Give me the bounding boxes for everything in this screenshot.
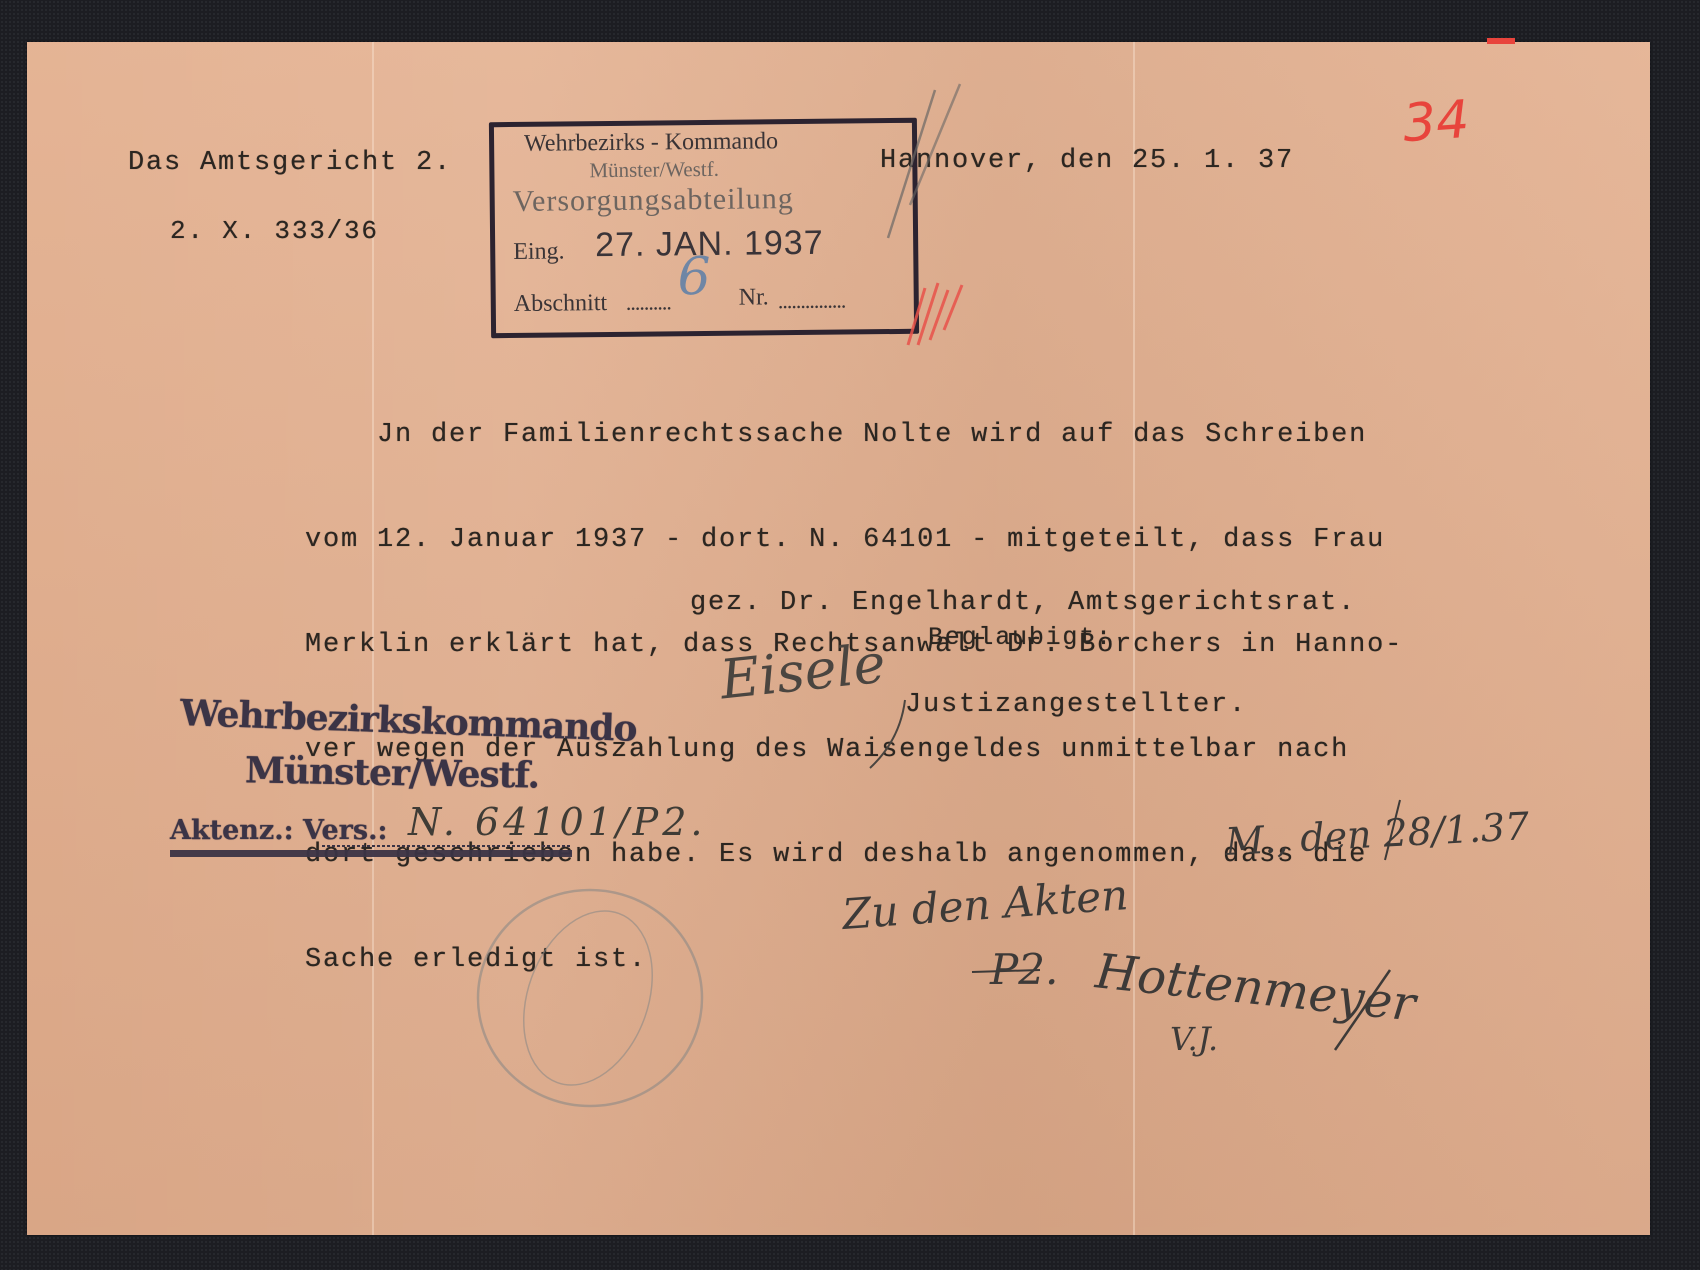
stamp-underline xyxy=(170,850,572,857)
annotation-marks xyxy=(0,0,1700,1270)
signature-tail xyxy=(870,700,905,768)
signature-tail xyxy=(1335,970,1390,1050)
faint-circular-stamp xyxy=(478,890,702,1106)
red-pencil-marks xyxy=(908,283,962,345)
red-edge-mark xyxy=(1487,38,1515,44)
date-slash xyxy=(1385,800,1400,860)
pen-underline xyxy=(972,970,1040,972)
